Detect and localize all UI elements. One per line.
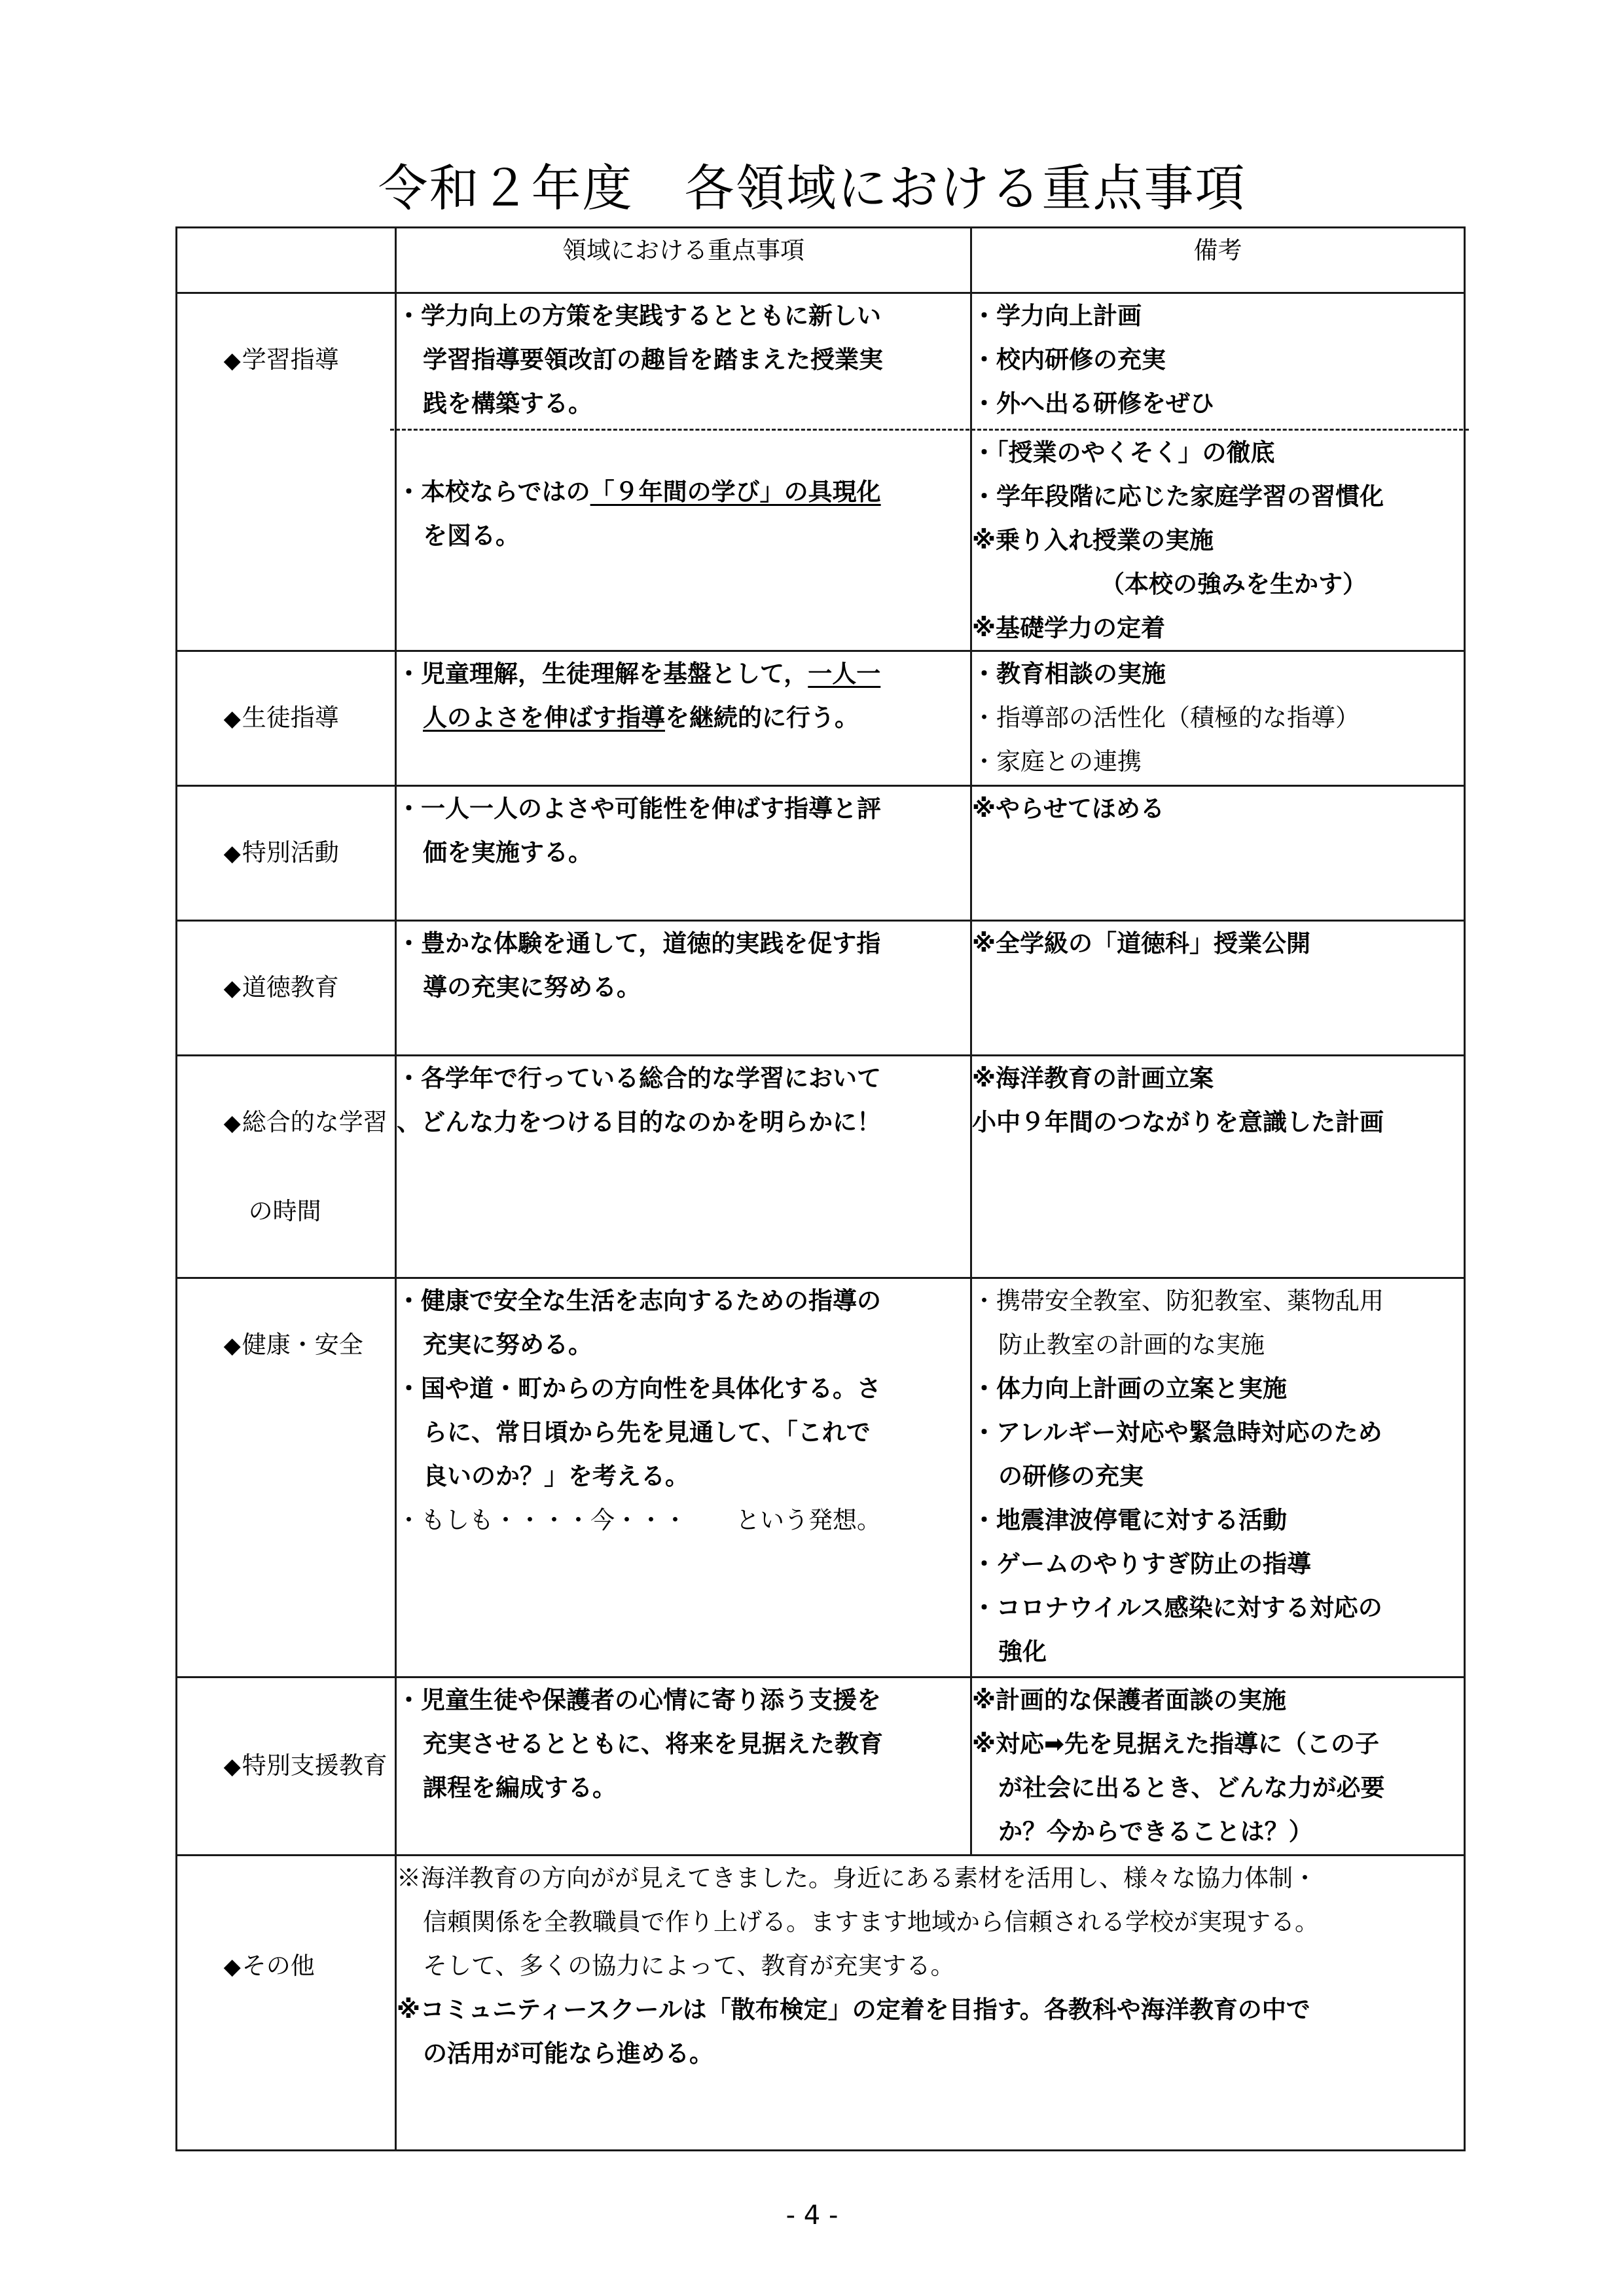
remarks-block-1: ・学力向上計画 ・校内研修の充実 ・外へ出る研修をぜひ [972,294,1464,429]
priority-cell: ・健康で安全な生活を志向するための指導の 充実に努める。 ・国や道・町からの方向… [396,1278,971,1677]
remarks-block-2: ・「授業のやくそく」の徹底 ・学年段階に応じた家庭学習の習慣化 ※乗り入れ授業の… [972,431,1464,650]
table-row-seito-shido: ◆生徒指導 ・児童理解，生徒理解を基盤として，一人一 人のよさを伸ばす指導を継続… [177,651,1465,786]
remarks-line: ・アレルギー対応や緊急時対応のため [972,1410,1464,1454]
priority-line: 導の充実に努める。 [397,965,970,1009]
priority-line: 、どんな力をつける目的なのかを明らかに！ [397,1100,970,1144]
priority-line: らに、常日頃から先を見通して、「これで [397,1410,970,1454]
remarks-cell: ・教育相談の実施 ・指導部の活性化（積極的な指導） ・家庭との連携 [971,651,1465,786]
priority-line: ・健康で安全な生活を志向するための指導の [397,1279,970,1323]
priority-cell: ・児童理解，生徒理解を基盤として，一人一 人のよさを伸ばす指導を継続的に行う。 [396,651,971,786]
table-row-dotoku-kyoiku: ◆道徳教育 ・豊かな体験を通して，道徳的実践を促す指 導の充実に努める。 ※全学… [177,921,1465,1056]
remarks-line: ・ゲームのやりすぎ防止の指導 [972,1542,1464,1586]
area-name: 学習指導 [242,346,339,374]
remarks-line: 小中９年間のつながりを意識した計画 [972,1100,1464,1144]
table-row-sogoteki-gakushu: ◆総合的な学習 の時間 ・各学年で行っている総合的な学習において 、どんな力をつ… [177,1056,1465,1278]
table-row-gakushu-shido: ◆学習指導 ・学力向上の方策を実践するとともに新しい 学習指導要領改訂の趣旨を踏… [177,293,1465,651]
priority-line: ・一人一人のよさや可能性を伸ばす指導と評 [397,787,970,831]
priority-line: 課程を編成する。 [397,1766,970,1810]
remarks-cell: ※計画的な保護者面談の実施 ※対応➡先を見据えた指導に（この子 が社会に出るとき… [971,1677,1465,1856]
priority-cell: ・一人一人のよさや可能性を伸ばす指導と評 価を実施する。 [396,786,971,921]
page-title: 令和２年度 各領域における重点事項 [0,156,1624,221]
priority-cell: ・児童生徒や保護者の心情に寄り添う支援を 充実させるとともに、将来を見据えた教育… [396,1677,971,1856]
priority-text: を継続的に行う。 [665,704,859,732]
priority-line: ・豊かな体験を通して，道徳的実践を促す指 [397,922,970,965]
merged-notes-cell: ※海洋教育の方向がが見えてきました。身近にある素材を活用し、様々な協力体制・ 信… [396,1856,1465,2151]
remarks-cell: ・携帯安全教室、防犯教室、薬物乱用 防止教室の計画的な実施 ・体力向上計画の立案… [971,1278,1465,1677]
diamond-icon: ◆ [224,1110,241,1136]
priority-line: ・児童生徒や保護者の心情に寄り添う支援を [397,1678,970,1722]
table-row-sonota: ◆その他 ※海洋教育の方向がが見えてきました。身近にある素材を活用し、様々な協力… [177,1856,1465,2151]
note-line: そして、多くの協力によって、教育が充実する。 [397,1944,1464,1988]
underlined-emphasis: 一人一 [808,660,880,688]
priority-cell: ・学力向上の方策を実践するとともに新しい 学習指導要領改訂の趣旨を踏まえた授業実… [396,293,971,651]
remarks-line: ※海洋教育の計画立案 [972,1056,1464,1100]
priority-line: 充実に努める。 [397,1323,970,1367]
underlined-emphasis: 「９年間の学び」の具現化 [590,478,881,506]
remarks-line: ・指導部の活性化（積極的な指導） [972,696,1464,740]
priority-line: ・国や道・町からの方向性を具体化する。さ [397,1367,970,1410]
remarks-line: ※乗り入れ授業の実施 [972,518,1464,562]
remarks-line: （本校の強みを生かす） [972,562,1464,606]
priority-line: ・本校ならではの「９年間の学び」の具現化 [397,470,970,514]
table-header-row: 領域における重点事項 備考 [177,228,1465,293]
priority-cell: ・豊かな体験を通して，道徳的実践を促す指 導の充実に努める。 [396,921,971,1056]
priority-block-2: ・本校ならではの「９年間の学び」の具現化 を図る。 [397,431,970,558]
area-label: ◆健康・安全 [177,1278,396,1677]
note-line: の活用が可能なら進める。 [397,2032,1464,2075]
priority-line: 人のよさを伸ばす指導を継続的に行う。 [397,696,970,740]
header-remarks: 備考 [971,228,1465,293]
diamond-icon: ◆ [224,1753,241,1780]
area-label: ◆総合的な学習 の時間 [177,1056,396,1278]
area-name: その他 [242,1952,315,1980]
priority-text: ・児童理解，生徒理解を基盤として， [397,660,808,688]
area-name: 特別活動 [242,838,339,867]
diamond-icon: ◆ [224,1333,241,1359]
priority-cell: ・各学年で行っている総合的な学習において 、どんな力をつける目的なのかを明らかに… [396,1056,971,1278]
remarks-line: ※対応➡先を見据えた指導に（この子 [972,1722,1464,1766]
diamond-icon: ◆ [224,1954,241,1980]
diamond-icon: ◆ [224,706,241,732]
priority-line: ・各学年で行っている総合的な学習において [397,1056,970,1100]
diamond-icon: ◆ [224,840,241,867]
header-area [177,228,396,293]
table-row-tokubetsu-katsudo: ◆特別活動 ・一人一人のよさや可能性を伸ばす指導と評 価を実施する。 ※やらせて… [177,786,1465,921]
remarks-line: ・校内研修の充実 [972,338,1464,382]
area-label: ◆特別活動 [177,786,396,921]
priority-line: 良いのか？」を考える。 [397,1454,970,1498]
remarks-line: ・教育相談の実施 [972,652,1464,696]
diamond-icon: ◆ [224,348,241,374]
area-name: 総合的な学習 [242,1108,388,1136]
priority-line: ・児童理解，生徒理解を基盤として，一人一 [397,652,970,696]
area-label: ◆その他 [177,1856,396,2151]
remarks-line: ・学年段階に応じた家庭学習の習慣化 [972,475,1464,518]
area-label: ◆道徳教育 [177,921,396,1056]
remarks-line: ・地震津波停電に対する活動 [972,1498,1464,1542]
page-number: - 4 - [0,2196,1624,2235]
area-name-continued: の時間 [224,1197,321,1225]
area-label: ◆学習指導 [177,293,396,651]
priority-table: 領域における重点事項 備考 ◆学習指導 ・学力向上の方策を実践するとともに新しい… [175,226,1466,2151]
remarks-line: ・携帯安全教室、防犯教室、薬物乱用 [972,1279,1464,1323]
priority-line: を図る。 [397,514,970,558]
note-line: ※海洋教育の方向がが見えてきました。身近にある素材を活用し、様々な協力体制・ [397,1856,1464,1900]
priority-line: ・もしも・・・・今・・・ という発想。 [397,1498,970,1542]
priority-line: ・学力向上の方策を実践するとともに新しい [397,294,970,338]
remarks-line: ※全学級の「道徳科」授業公開 [972,922,1464,965]
priority-line: 充実させるとともに、将来を見据えた教育 [397,1722,970,1766]
remarks-line: ※基礎学力の定着 [972,606,1464,650]
remarks-cell: ※全学級の「道徳科」授業公開 [971,921,1465,1056]
note-line: ※コミュニティースクールは「散布検定」の定着を目指す。各教科や海洋教育の中で [397,1988,1464,2032]
area-name: 健康・安全 [242,1331,363,1359]
remarks-line: ・家庭との連携 [972,740,1464,783]
remarks-cell: ※やらせてほめる [971,786,1465,921]
remarks-line: ・コロナウイルス感染に対する対応の [972,1586,1464,1630]
remarks-line: ・外へ出る研修をぜひ [972,382,1464,425]
remarks-line: か？今からできることは？） [972,1810,1464,1854]
area-name: 道徳教育 [242,973,339,1001]
remarks-line: が社会に出るとき、どんな力が必要 [972,1766,1464,1810]
area-name: 特別支援教育 [242,1751,388,1780]
remarks-line: ・体力向上計画の立案と実施 [972,1367,1464,1410]
priority-line: 践を構築する。 [397,382,970,425]
remarks-line: ・学力向上計画 [972,294,1464,338]
remarks-cell: ・学力向上計画 ・校内研修の充実 ・外へ出る研修をぜひ ・「授業のやくそく」の徹… [971,293,1465,651]
priority-line: 価を実施する。 [397,831,970,874]
diamond-icon: ◆ [224,975,241,1001]
area-label: ◆生徒指導 [177,651,396,786]
remarks-line: ※やらせてほめる [972,787,1464,831]
header-priority: 領域における重点事項 [396,228,971,293]
remarks-line: 防止教室の計画的な実施 [972,1323,1464,1367]
table-row-tokubetsu-shien: ◆特別支援教育 ・児童生徒や保護者の心情に寄り添う支援を 充実させるとともに、将… [177,1677,1465,1856]
area-name: 生徒指導 [242,704,339,732]
remarks-cell: ※海洋教育の計画立案 小中９年間のつながりを意識した計画 [971,1056,1465,1278]
note-line: 信頼関係を全教職員で作り上げる。ますます地域から信頼される学校が実現する。 [397,1900,1464,1944]
remarks-line: ※計画的な保護者面談の実施 [972,1678,1464,1722]
priority-text: ・本校ならではの [397,478,590,506]
remarks-line: 強化 [972,1630,1464,1674]
priority-block-1: ・学力向上の方策を実践するとともに新しい 学習指導要領改訂の趣旨を踏まえた授業実… [397,294,970,429]
priority-line: 学習指導要領改訂の趣旨を踏まえた授業実 [397,338,970,382]
remarks-line: の研修の充実 [972,1454,1464,1498]
table-row-kenko-anzen: ◆健康・安全 ・健康で安全な生活を志向するための指導の 充実に努める。 ・国や道… [177,1278,1465,1677]
underlined-emphasis: 人のよさを伸ばす指導 [423,704,665,732]
remarks-line: ・「授業のやくそく」の徹底 [972,431,1464,475]
area-label: ◆特別支援教育 [177,1677,396,1856]
